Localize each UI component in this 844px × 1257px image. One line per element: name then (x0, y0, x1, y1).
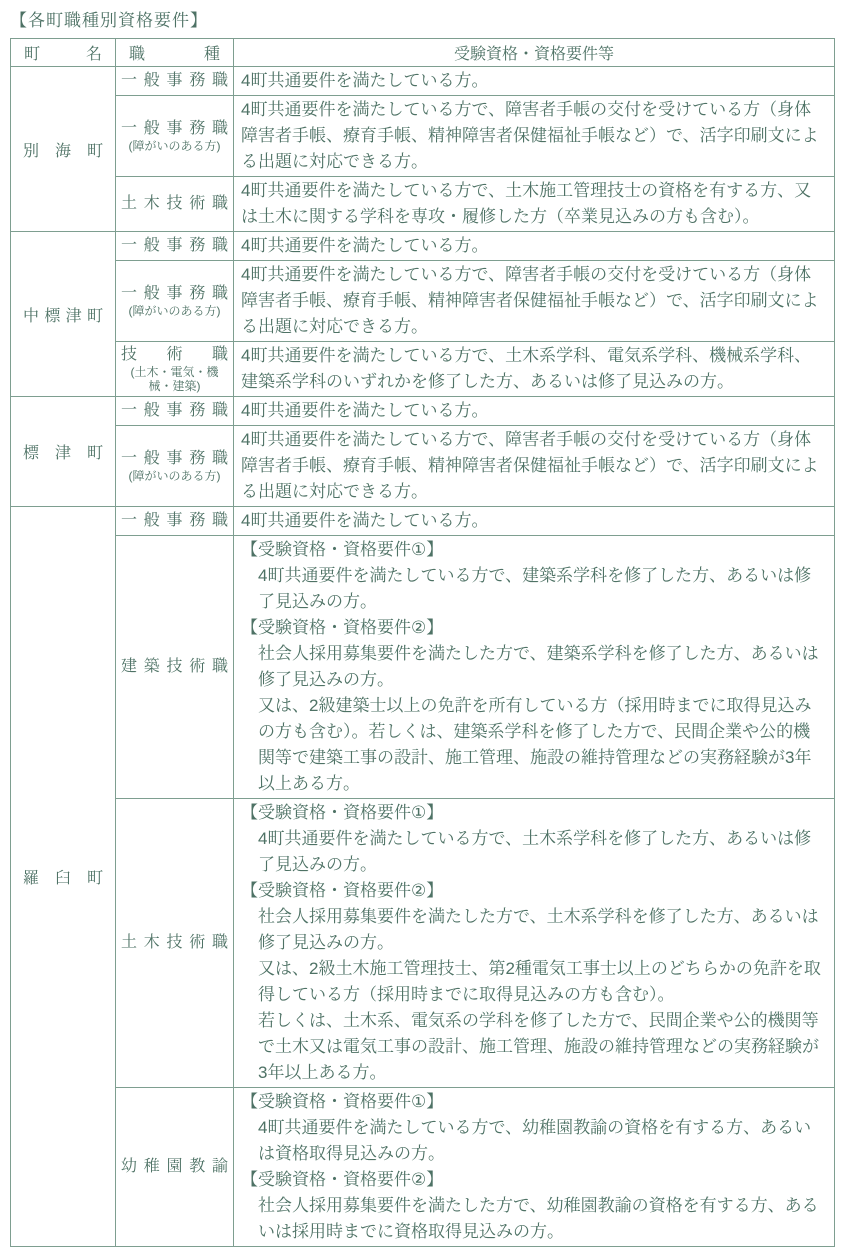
job-note: (障がいのある方) (121, 304, 228, 318)
requirement-cell: 4町共通要件を満たしている方で、土木施工管理技士の資格を有する方、又は土木に関す… (234, 177, 835, 232)
job-title: 一般事務職 (121, 449, 228, 469)
requirement-cell: 4町共通要件を満たしている方で、障害者手帳の交付を受けている方（身体障害者手帳、… (234, 261, 835, 342)
job-title: 土木技術職 (121, 194, 228, 214)
job-cell: 一般事務職(障がいのある方) (116, 261, 234, 342)
job-cell: 土木技術職 (116, 799, 234, 1088)
job-title: 技術職 (121, 345, 228, 365)
col-header-town: 町名 (11, 39, 116, 67)
town-name: 羅臼町 (11, 507, 116, 1247)
table-row: 一般事務職(障がいのある方)4町共通要件を満たしている方で、障害者手帳の交付を受… (11, 426, 835, 507)
table-header-row: 町名 職種 受験資格・資格要件等 (11, 39, 835, 67)
town-name: 標津町 (11, 397, 116, 507)
requirement-paragraph: 4町共通要件を満たしている方で、建築系学科を修了した方、あるいは修了見込みの方。 (241, 563, 827, 615)
town-name: 別海町 (11, 67, 116, 232)
requirement-cell: 【受験資格・資格要件①】4町共通要件を満たしている方で、土木系学科を修了した方、… (234, 799, 835, 1088)
requirement-cell: 4町共通要件を満たしている方で、土木系学科、電気系学科、機械系学科、建築系学科の… (234, 342, 835, 397)
col-header-town-label: 町名 (11, 41, 115, 64)
table-row: 羅臼町一般事務職4町共通要件を満たしている方。 (11, 507, 835, 536)
col-header-requirements: 受験資格・資格要件等 (234, 39, 835, 67)
requirement-paragraph: 4町共通要件を満たしている方。 (241, 68, 827, 94)
requirement-cell: 4町共通要件を満たしている方。 (234, 67, 835, 96)
job-cell: 幼稚園教諭 (116, 1088, 234, 1247)
job-note: (土木・電気・機械・建築) (121, 365, 228, 393)
job-title: 一般事務職 (121, 284, 228, 304)
requirement-paragraph: 【受験資格・資格要件①】 (241, 800, 827, 826)
job-cell: 一般事務職 (116, 397, 234, 426)
job-title: 一般事務職 (121, 236, 228, 256)
job-cell: 一般事務職 (116, 232, 234, 261)
job-title: 一般事務職 (121, 401, 228, 421)
job-title: 建築技術職 (121, 657, 228, 677)
table-row: 別海町一般事務職4町共通要件を満たしている方。 (11, 67, 835, 96)
job-title: 一般事務職 (121, 71, 228, 91)
requirement-paragraph: 社会人採用募集要件を満たした方で、幼稚園教諭の資格を有する方、あるいは採用時まで… (241, 1193, 827, 1245)
table-row: 建築技術職【受験資格・資格要件①】4町共通要件を満たしている方で、建築系学科を修… (11, 536, 835, 799)
page-title: 【各町職種別資格要件】 (10, 6, 834, 31)
requirement-paragraph: 社会人採用募集要件を満たした方で、土木系学科を修了した方、あるいは修了見込みの方… (241, 904, 827, 956)
requirement-paragraph: 【受験資格・資格要件①】 (241, 537, 827, 563)
job-note: (障がいのある方) (121, 139, 228, 153)
table-row: 標津町一般事務職4町共通要件を満たしている方。 (11, 397, 835, 426)
requirement-paragraph: 又は、2級建築士以上の免許を所有している方（採用時までに取得見込みの方も含む）。… (241, 693, 827, 797)
requirement-cell: 4町共通要件を満たしている方で、障害者手帳の交付を受けている方（身体障害者手帳、… (234, 426, 835, 507)
table-row: 土木技術職4町共通要件を満たしている方で、土木施工管理技士の資格を有する方、又は… (11, 177, 835, 232)
requirement-cell: 4町共通要件を満たしている方で、障害者手帳の交付を受けている方（身体障害者手帳、… (234, 96, 835, 177)
job-cell: 一般事務職(障がいのある方) (116, 96, 234, 177)
requirement-paragraph: 4町共通要件を満たしている方で、障害者手帳の交付を受けている方（身体障害者手帳、… (241, 427, 827, 505)
requirement-paragraph: 若しくは、土木系、電気系の学科を修了した方で、民間企業や公的機関等で土木又は電気… (241, 1008, 827, 1086)
requirement-cell: 【受験資格・資格要件①】4町共通要件を満たしている方で、建築系学科を修了した方、… (234, 536, 835, 799)
requirement-paragraph: 【受験資格・資格要件②】 (241, 615, 827, 641)
job-cell: 一般事務職 (116, 67, 234, 96)
col-header-job: 職種 (116, 39, 234, 67)
requirement-cell: 【受験資格・資格要件①】4町共通要件を満たしている方で、幼稚園教諭の資格を有する… (234, 1088, 835, 1247)
table-row: 中標津町一般事務職4町共通要件を満たしている方。 (11, 232, 835, 261)
requirement-paragraph: 4町共通要件を満たしている方で、障害者手帳の交付を受けている方（身体障害者手帳、… (241, 97, 827, 175)
job-title: 土木技術職 (121, 933, 228, 953)
requirement-paragraph: 4町共通要件を満たしている方で、土木系学科、電気系学科、機械系学科、建築系学科の… (241, 343, 827, 395)
job-title: 一般事務職 (121, 511, 228, 531)
requirement-paragraph: 4町共通要件を満たしている方。 (241, 398, 827, 424)
job-title: 幼稚園教諭 (121, 1157, 228, 1177)
requirement-paragraph: 4町共通要件を満たしている方。 (241, 508, 827, 534)
town-name: 中標津町 (11, 232, 116, 397)
requirement-cell: 4町共通要件を満たしている方。 (234, 232, 835, 261)
requirement-paragraph: 4町共通要件を満たしている方。 (241, 233, 827, 259)
job-cell: 土木技術職 (116, 177, 234, 232)
job-cell: 技術職(土木・電気・機械・建築) (116, 342, 234, 397)
col-header-job-label: 職種 (116, 41, 233, 64)
requirement-paragraph: 4町共通要件を満たしている方で、土木系学科を修了した方、あるいは修了見込みの方。 (241, 826, 827, 878)
job-note: (障がいのある方) (121, 469, 228, 483)
table-row: 土木技術職【受験資格・資格要件①】4町共通要件を満たしている方で、土木系学科を修… (11, 799, 835, 1088)
requirement-paragraph: 【受験資格・資格要件②】 (241, 878, 827, 904)
requirement-paragraph: 又は、2級土木施工管理技士、第2種電気工事士以上のどちらかの免許を取得している方… (241, 956, 827, 1008)
qualification-requirements-table: 町名 職種 受験資格・資格要件等 別海町一般事務職4町共通要件を満たしている方。… (10, 38, 835, 1247)
job-cell: 建築技術職 (116, 536, 234, 799)
requirement-paragraph: 4町共通要件を満たしている方で、障害者手帳の交付を受けている方（身体障害者手帳、… (241, 262, 827, 340)
table-row: 一般事務職(障がいのある方)4町共通要件を満たしている方で、障害者手帳の交付を受… (11, 96, 835, 177)
table-row: 幼稚園教諭【受験資格・資格要件①】4町共通要件を満たしている方で、幼稚園教諭の資… (11, 1088, 835, 1247)
requirement-paragraph: 【受験資格・資格要件①】 (241, 1089, 827, 1115)
table-row: 一般事務職(障がいのある方)4町共通要件を満たしている方で、障害者手帳の交付を受… (11, 261, 835, 342)
document-page: 【各町職種別資格要件】 町名 職種 受験資格・資格要件等 別海町一般事務職4町共… (0, 0, 844, 1257)
requirement-paragraph: 社会人採用募集要件を満たした方で、建築系学科を修了した方、あるいは修了見込みの方… (241, 641, 827, 693)
job-cell: 一般事務職(障がいのある方) (116, 426, 234, 507)
job-title: 一般事務職 (121, 119, 228, 139)
requirement-cell: 4町共通要件を満たしている方。 (234, 507, 835, 536)
table-body: 別海町一般事務職4町共通要件を満たしている方。一般事務職(障がいのある方)4町共… (11, 67, 835, 1247)
job-cell: 一般事務職 (116, 507, 234, 536)
requirement-cell: 4町共通要件を満たしている方。 (234, 397, 835, 426)
requirement-paragraph: 【受験資格・資格要件②】 (241, 1167, 827, 1193)
requirement-paragraph: 4町共通要件を満たしている方で、土木施工管理技士の資格を有する方、又は土木に関す… (241, 178, 827, 230)
table-row: 技術職(土木・電気・機械・建築)4町共通要件を満たしている方で、土木系学科、電気… (11, 342, 835, 397)
requirement-paragraph: 4町共通要件を満たしている方で、幼稚園教諭の資格を有する方、あるいは資格取得見込… (241, 1115, 827, 1167)
